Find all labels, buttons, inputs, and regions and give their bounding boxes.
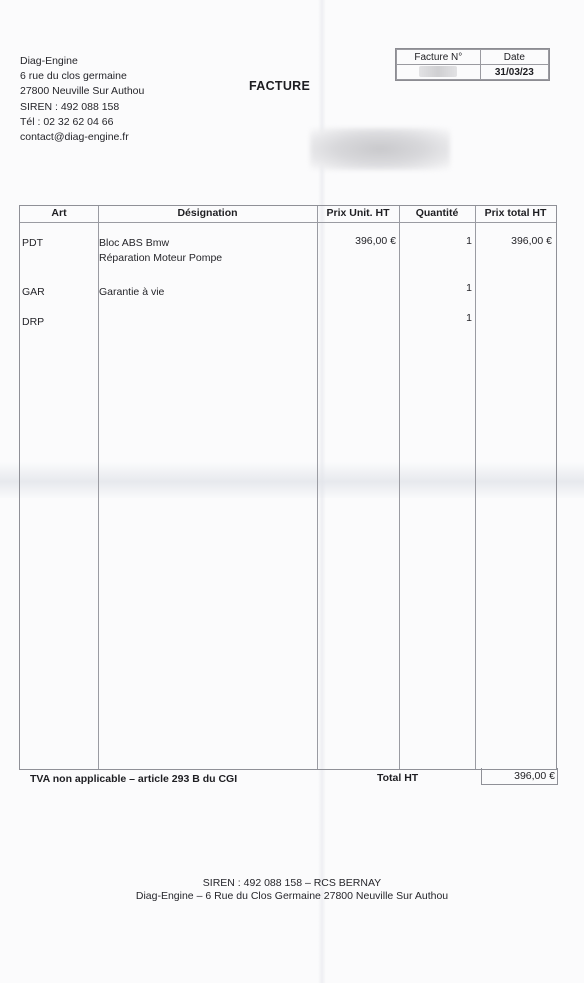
row-total: 396,00 € [475, 234, 552, 249]
row-art: PDT [22, 236, 43, 251]
header-quantity: Quantité [399, 207, 475, 219]
row-quantity: 1 [399, 281, 472, 296]
total-ht-label: Total HT [377, 772, 418, 784]
sender-siren: SIREN : 492 088 158 [20, 100, 144, 115]
sender-address-line1: 6 rue du clos germaine [20, 69, 144, 84]
header-total: Prix total HT [475, 207, 556, 219]
sender-email: contact@diag-engine.fr [20, 130, 144, 145]
row-quantity: 1 [399, 234, 472, 249]
footer-line1: SIREN : 492 088 158 – RCS BERNAY [0, 877, 584, 890]
sender-block: Diag-Engine 6 rue du clos germaine 27800… [20, 54, 144, 145]
invoice-info-box: Facture N° Date 31/03/23 [395, 48, 550, 81]
header-designation: Désignation [98, 207, 317, 219]
footer: SIREN : 492 088 158 – RCS BERNAY Diag-En… [0, 877, 584, 903]
row-quantity: 1 [399, 311, 472, 326]
row-designation-line: Garantie à vie [99, 285, 164, 300]
invoice-number-label: Facture N° [397, 50, 481, 65]
header-unit-price: Prix Unit. HT [317, 207, 399, 219]
column-divider [317, 206, 318, 769]
header-art: Art [20, 207, 98, 219]
invoice-date-value: 31/03/23 [480, 65, 548, 80]
total-ht-value: 396,00 € [514, 770, 557, 782]
row-designation-line: Réparation Moteur Pompe [99, 251, 222, 266]
footer-line2: Diag-Engine – 6 Rue du Clos Germaine 278… [0, 890, 584, 903]
total-ht-box: 396,00 € [481, 768, 558, 785]
row-designation-line: Bloc ABS Bmw [99, 236, 169, 251]
row-unit-price: 396,00 € [317, 234, 396, 249]
redacted-invoice-number [419, 66, 457, 77]
invoice-date-label: Date [480, 50, 548, 65]
row-art: GAR [22, 285, 45, 300]
sender-address-line2: 27800 Neuville Sur Authou [20, 84, 144, 99]
invoice-number-value [397, 65, 481, 80]
sender-phone: Tél : 02 32 62 04 66 [20, 115, 144, 130]
redacted-recipient [310, 128, 450, 170]
row-art: DRP [22, 315, 44, 330]
tva-note: TVA non applicable – article 293 B du CG… [30, 773, 237, 785]
invoice-table: Art Désignation Prix Unit. HT Quantité P… [19, 205, 557, 770]
header-divider [20, 222, 556, 223]
sender-company: Diag-Engine [20, 54, 144, 69]
column-divider [475, 206, 476, 769]
document-title: FACTURE [249, 79, 310, 93]
